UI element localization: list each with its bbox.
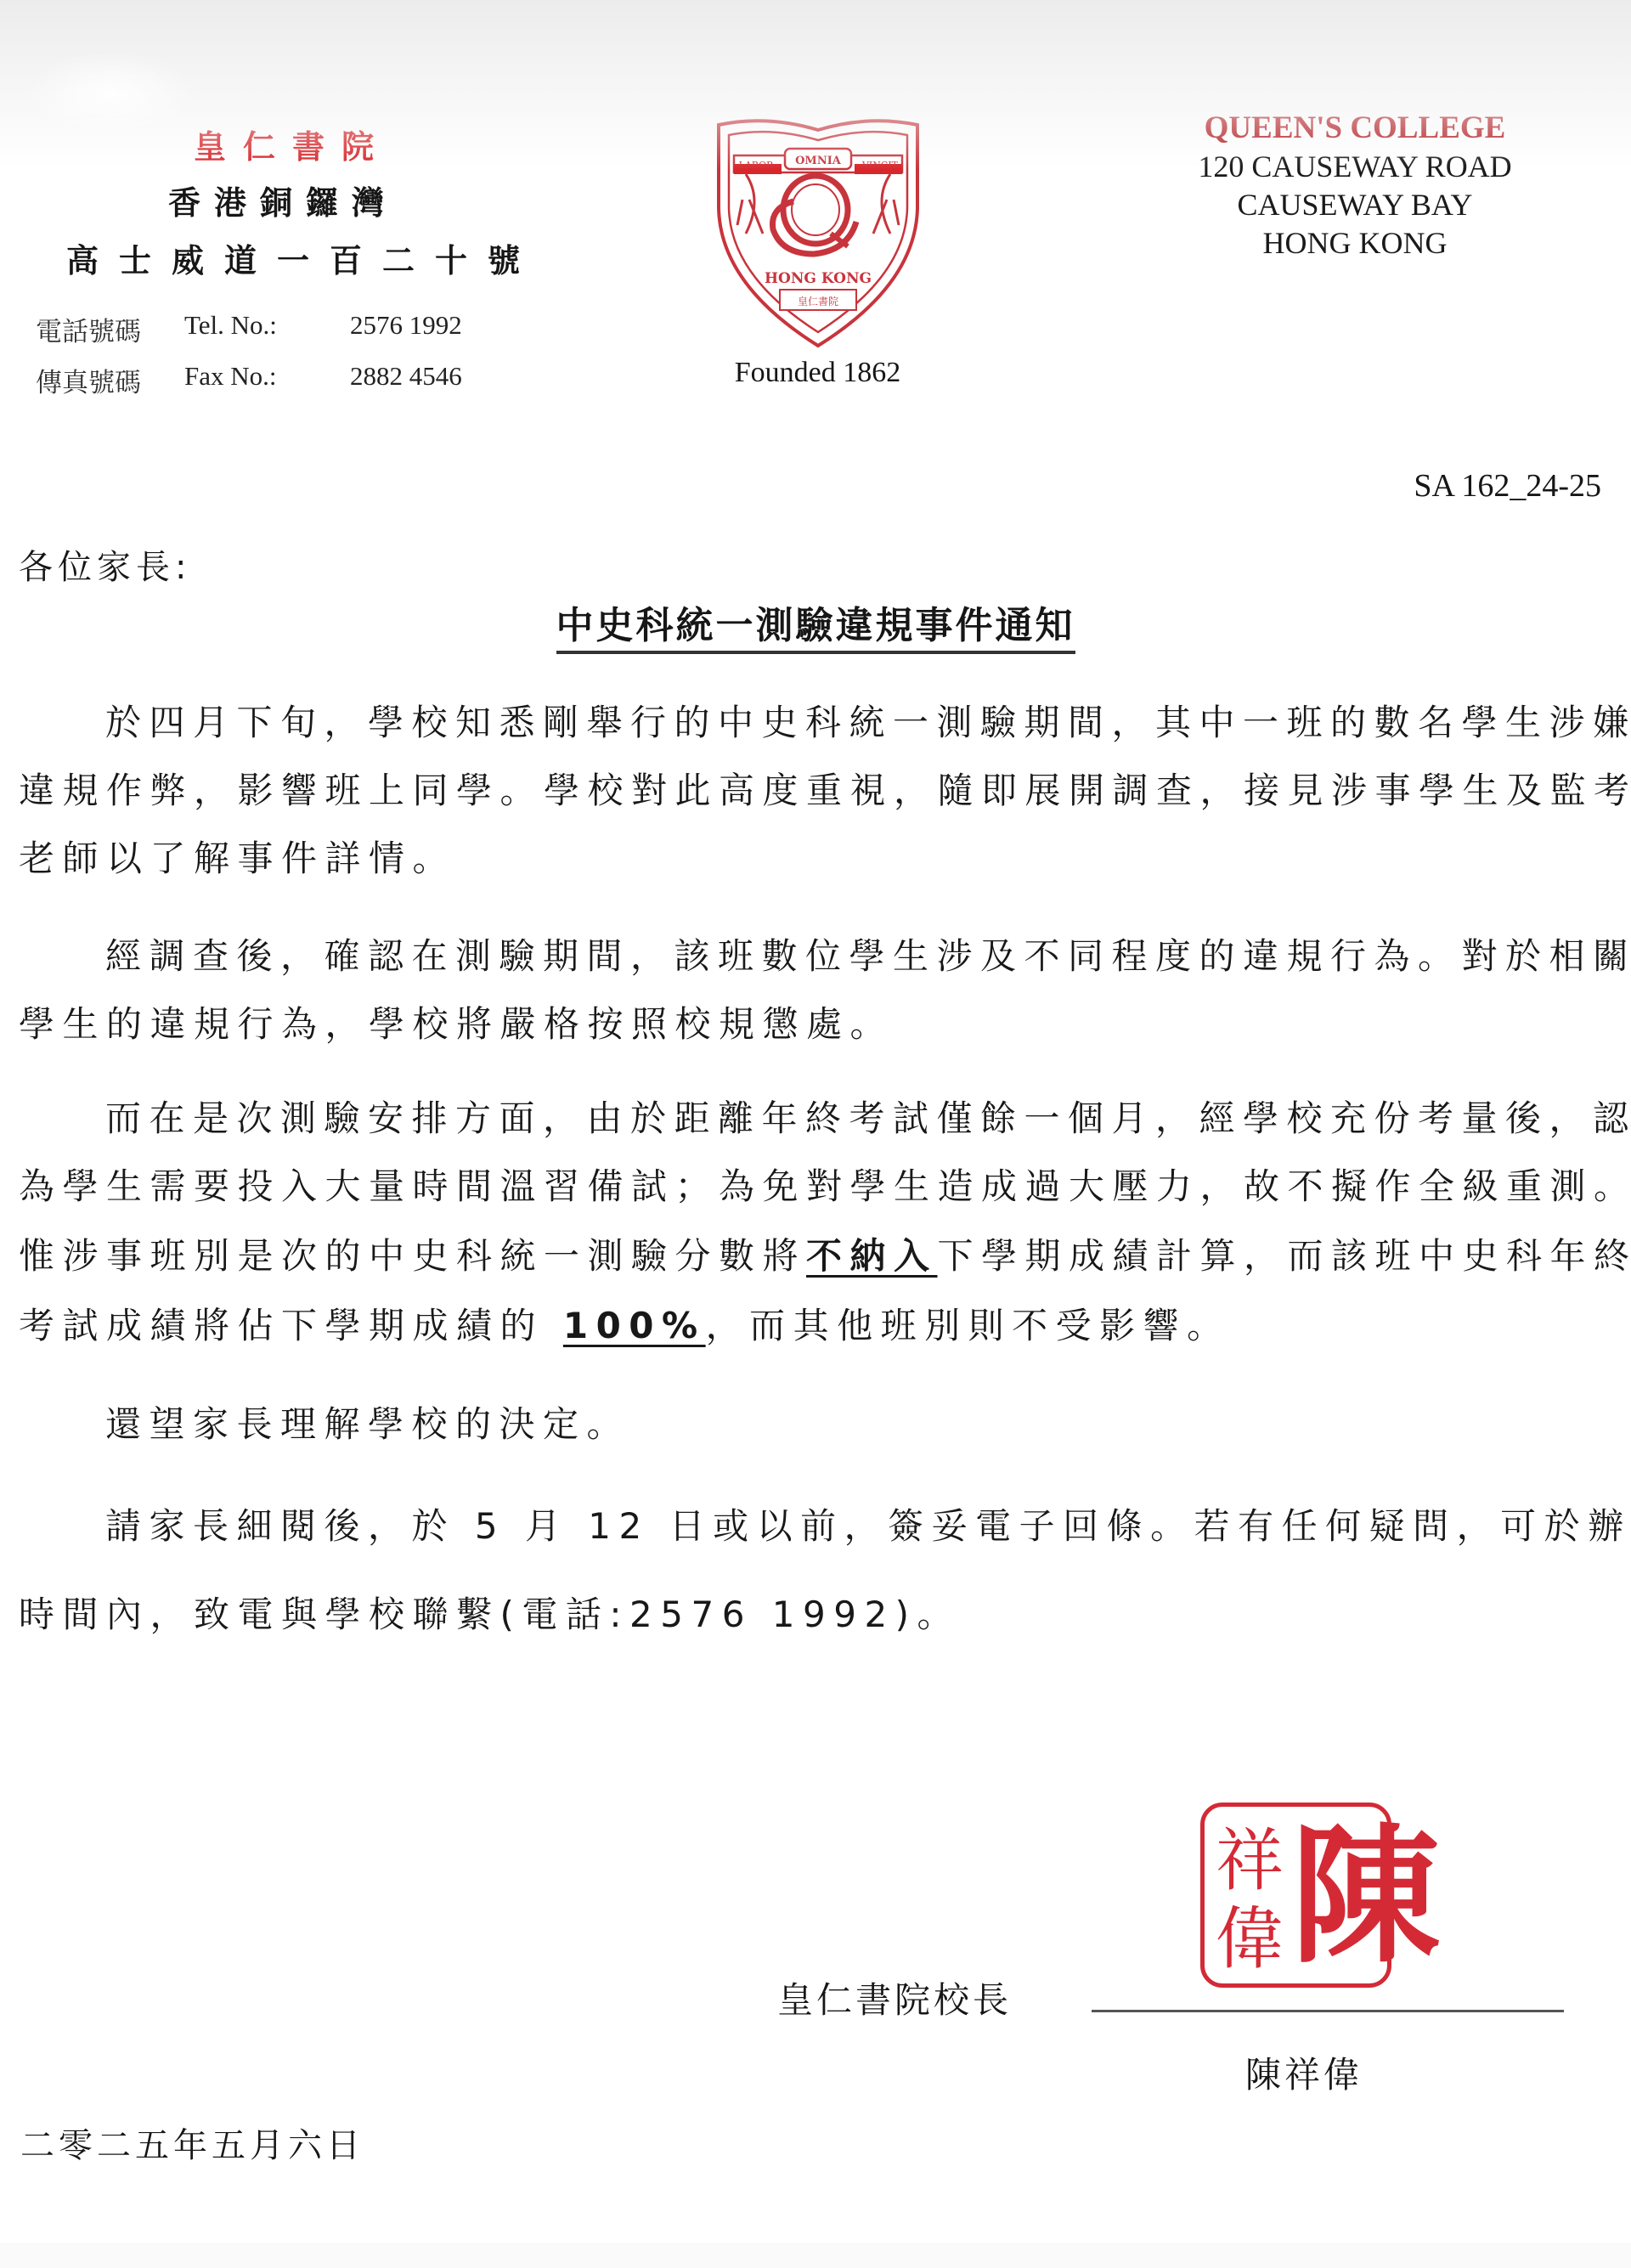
signature-line <box>1092 2010 1564 2012</box>
address-english-line1: 120 CAUSEWAY ROAD <box>1172 148 1538 186</box>
address-english-line3: HONG KONG <box>1172 224 1538 262</box>
paragraph-3-line-1: 而在是次測驗安排方面，由於距離年終考試僅餘一個月，經學校充份考量後，認 <box>105 1091 1631 1142</box>
paragraph-5-line-1: 請家長細閱後，於 5 月 12 日或以前，簽妥電子回條。若有任何疑問，可於辦公 <box>105 1498 1631 1549</box>
fax-label-chinese: 傳真號碼 <box>36 361 141 399</box>
founded-year: Founded 1862 <box>722 357 913 389</box>
emphasis-100-percent: 100% <box>563 1305 706 1346</box>
tel-row: 電話號碼 Tel. No.: 2576 1992 <box>36 310 511 344</box>
address-english-line2: CAUSEWAY BAY <box>1172 186 1538 224</box>
paragraph-3-line-4-after: ，而其他班別則不受影響。 <box>706 1305 1231 1346</box>
fax-row: 傳真號碼 Fax No.: 2882 4546 <box>36 361 511 395</box>
svg-text:LABOR: LABOR <box>739 160 775 171</box>
paragraph-4-line-1: 還望家長理解學校的決定。 <box>105 1396 630 1447</box>
paragraph-5-line-2: 時間內，致電與學校聯繫(電話:2576 1992)。 <box>19 1587 961 1638</box>
paragraph-1-line-1: 於四月下旬，學校知悉剛舉行的中史科統一測驗期間，其中一班的數名學生涉嫌 <box>105 695 1631 746</box>
paragraph-3-line-2: 為學生需要投入大量時間溫習備試；為免對學生造成過大壓力，故不擬作全級重測。 <box>19 1159 1631 1210</box>
paragraph-3-line-3-before: 惟涉事班別是次的中史科統一測驗分數將 <box>19 1235 806 1277</box>
tel-label-chinese: 電話號碼 <box>36 310 141 348</box>
svg-text:HONG KONG: HONG KONG <box>765 270 872 287</box>
paragraph-2-line-2: 學生的違規行為，學校將嚴格按照校規懲處。 <box>19 996 894 1047</box>
principal-name: 陳祥偉 <box>1223 2047 1385 2098</box>
school-crest-icon: LABOR OMNIA VINCIT HONG KONG 皇仁書院 <box>712 115 924 353</box>
seal-given-name: 祥 偉 <box>1211 1822 1288 1978</box>
svg-text:皇仁書院: 皇仁書院 <box>798 296 838 307</box>
paragraph-1-line-2: 違規作弊，影響班上同學。學校對此高度重視，隨即展開調查，接見涉事學生及監考 <box>19 763 1631 814</box>
principal-title: 皇仁書院校長 <box>777 1972 1012 2023</box>
bottom-edge <box>0 2243 1631 2268</box>
paragraph-3-line-4-before: 考試成績將佔下學期成績的 <box>19 1305 563 1346</box>
principal-seal-stamp: 祥 偉 陳 <box>1200 1803 1391 1988</box>
paragraph-1-line-3: 老師以了解事件詳情。 <box>19 831 456 882</box>
emphasis-not-included: 不納入 <box>806 1235 938 1277</box>
paragraph-3-line-4: 考試成績將佔下學期成績的 100%，而其他班別則不受影響。 <box>19 1298 1231 1349</box>
address-chinese-line2: 高士威道一百二十號 <box>66 234 540 281</box>
fax-label-english: Fax No.: <box>184 361 277 392</box>
school-name-chinese: 皇仁書院 <box>194 121 391 167</box>
paragraph-3-line-3-after: 下學期成績計算，而該班中史科年終 <box>938 1235 1631 1277</box>
tel-label-english: Tel. No.: <box>184 310 277 341</box>
english-letterhead: QUEEN'S COLLEGE 120 CAUSEWAY ROAD CAUSEW… <box>1172 109 1538 262</box>
address-chinese-line1: 香港銅鑼灣 <box>168 177 398 223</box>
svg-text:VINCIT: VINCIT <box>861 160 899 171</box>
reference-number: SA 162_24-25 <box>1414 467 1601 505</box>
notice-title: 中史科統一測驗違規事件通知 <box>0 595 1631 649</box>
letter-date: 二零二五年五月六日 <box>20 2118 364 2167</box>
paragraph-2-line-1: 經調查後，確認在測驗期間，該班數位學生涉及不同程度的違規行為。對於相關 <box>105 928 1631 979</box>
fax-value: 2882 4546 <box>350 361 462 392</box>
faded-watermark <box>25 51 195 136</box>
seal-surname: 陳 <box>1291 1817 1380 1978</box>
paragraph-3-line-3: 惟涉事班別是次的中史科統一測驗分數將不納入下學期成績計算，而該班中史科年終 <box>19 1228 1631 1279</box>
tel-value: 2576 1992 <box>350 310 462 341</box>
greeting: 各位家長: <box>19 540 191 589</box>
svg-text:OMNIA: OMNIA <box>795 155 842 167</box>
notice-title-text: 中史科統一測驗違規事件通知 <box>556 604 1075 654</box>
school-name-english: QUEEN'S COLLEGE <box>1172 109 1538 148</box>
